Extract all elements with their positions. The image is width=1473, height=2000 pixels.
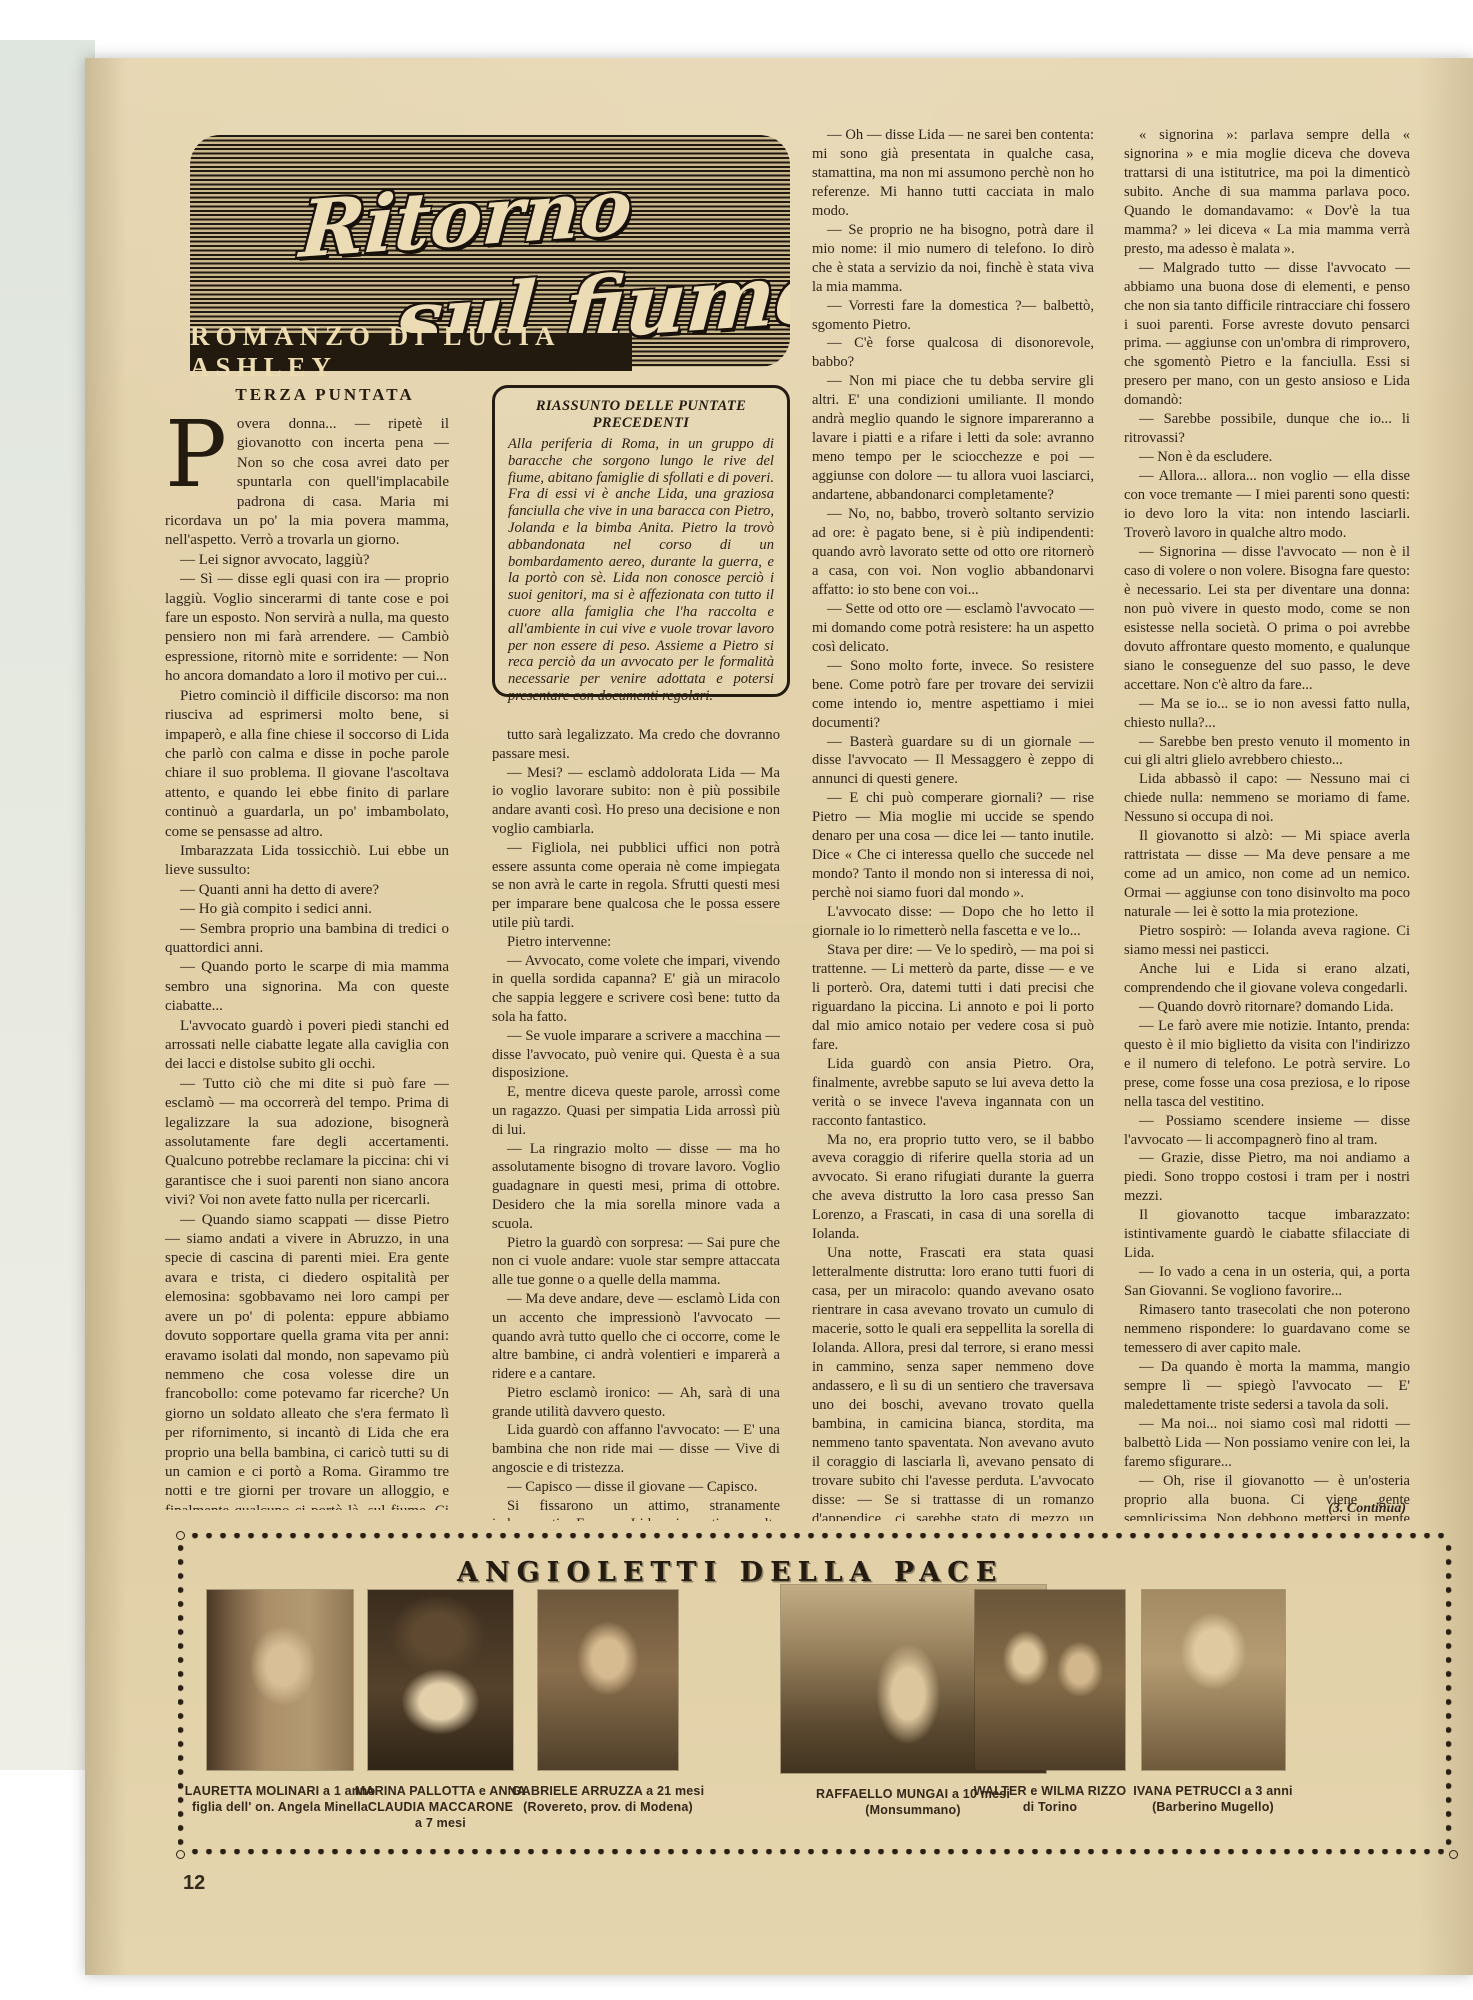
magazine-page: Ritorno sul fiume ROMANZO DI LUCIA ASHLE… — [85, 58, 1473, 1975]
baby-photo — [368, 1590, 513, 1770]
photo-strip-box: ANGIOLETTI DELLA PACE LAURETTA MOLINARI … — [178, 1533, 1458, 1857]
page-number: 12 — [183, 1872, 205, 1895]
baby-photo — [1142, 1590, 1285, 1770]
text-column-3: — Oh — disse Lida — ne sarei ben content… — [812, 126, 1094, 1521]
recap-body: Alla periferia di Roma, in un gruppo di … — [508, 436, 774, 705]
baby-photo — [538, 1590, 678, 1770]
recap-box: RIASSUNTO DELLE PUNTATE PRECEDENTI Alla … — [492, 385, 790, 697]
corner-ornament — [1449, 1850, 1458, 1859]
text-column-4: « signorina »: parlava sempre della « si… — [1124, 126, 1410, 1521]
column-2-paragraphs: tutto sarà legalizzato. Ma credo che dov… — [492, 726, 780, 1521]
wavy-border-bottom — [188, 1849, 1444, 1857]
scan-background-edge — [0, 40, 95, 1770]
column-1-paragraphs: — Lei signor avvocato, laggiù?— Sì — dis… — [165, 551, 449, 1510]
text-column-2: tutto sarà legalizzato. Ma credo che dov… — [492, 726, 780, 1521]
photo-caption: GABRIELE ARRUZZA a 21 mesi(Rovereto, pro… — [508, 1783, 708, 1815]
recap-title: RIASSUNTO DELLE PUNTATE PRECEDENTI — [508, 398, 774, 432]
opening-paragraph: Povera donna... — ripetè il giovanotto c… — [165, 415, 449, 551]
baby-photo — [207, 1590, 353, 1770]
column-3-paragraphs: — Oh — disse Lida — ne sarei ben content… — [812, 126, 1094, 1521]
baby-photo — [975, 1590, 1125, 1770]
byline-banner: ROMANZO DI LUCIA ASHLEY — [190, 333, 632, 371]
installment-heading: TERZA PUNTATA — [175, 385, 475, 405]
wavy-border-right — [1446, 1541, 1454, 1849]
photo-caption: MARINA PALLOTTA e ANNACLAUDIA MACCARONEa… — [348, 1783, 533, 1831]
corner-ornament — [176, 1850, 185, 1859]
photo-strip-title: ANGIOLETTI DELLA PACE — [457, 1557, 887, 1588]
baby-photo-figure: GABRIELE ARRUZZA a 21 mesi(Rovereto, pro… — [508, 1590, 708, 1815]
byline-text: ROMANZO DI LUCIA ASHLEY — [190, 321, 632, 383]
drop-cap: P — [165, 415, 237, 493]
photo-caption: IVANA PETRUCCI a 3 anni(Barberino Mugell… — [1113, 1783, 1313, 1815]
column-4-paragraphs: « signorina »: parlava sempre della « si… — [1124, 126, 1410, 1521]
corner-ornament — [176, 1531, 185, 1540]
baby-photo-figure: IVANA PETRUCCI a 3 anni(Barberino Mugell… — [1113, 1590, 1313, 1815]
to-be-continued: (3. Continua) — [1328, 1500, 1406, 1519]
text-column-1: Povera donna... — ripetè il giovanotto c… — [165, 415, 449, 1510]
wavy-border-top — [188, 1533, 1444, 1541]
baby-photo-figure: MARINA PALLOTTA e ANNACLAUDIA MACCARONEa… — [348, 1590, 533, 1831]
